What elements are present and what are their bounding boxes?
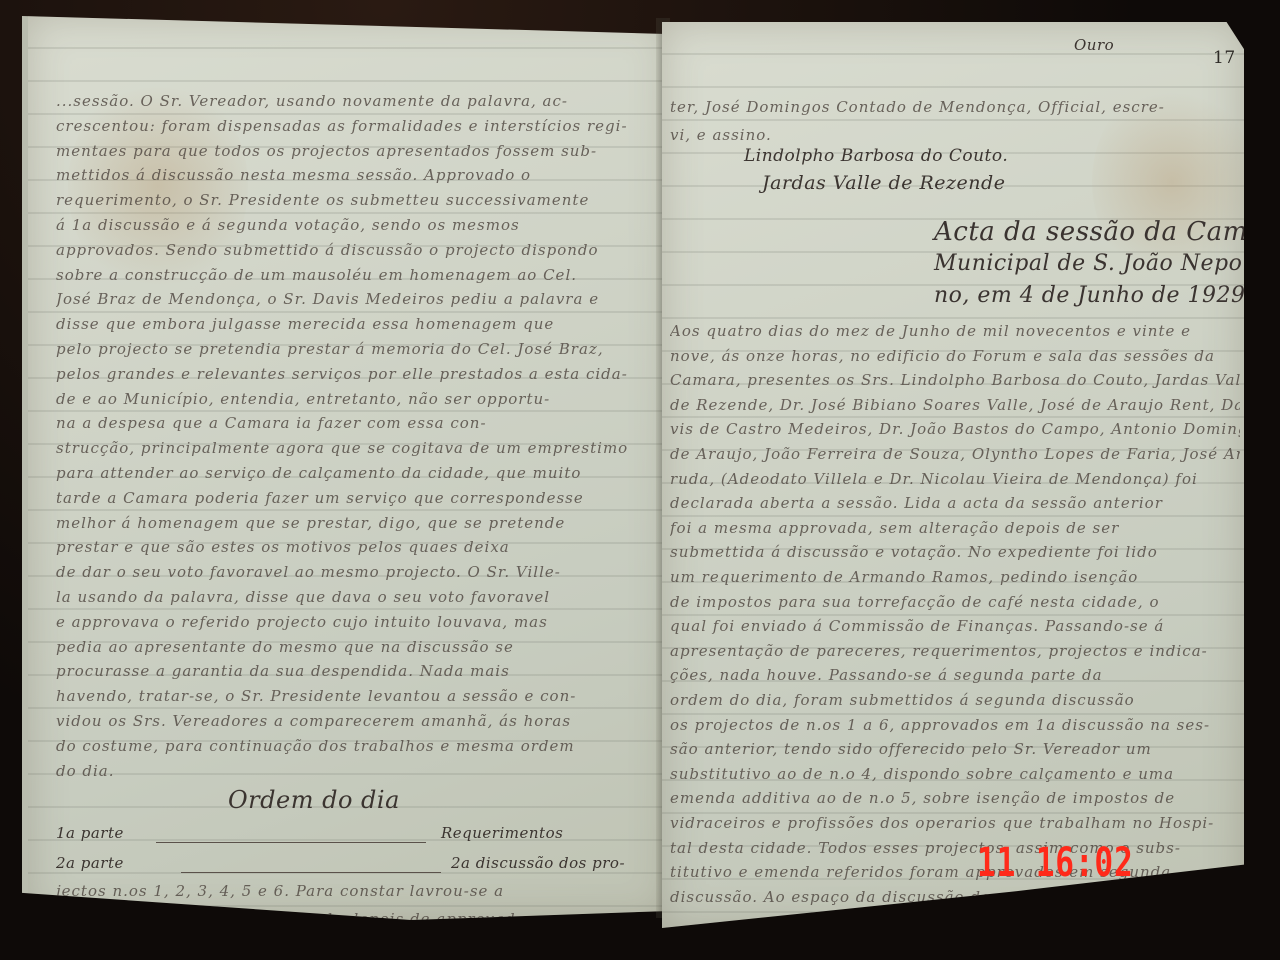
- minutes-title: Acta da sessão da Camara Municipal de S.…: [934, 216, 1244, 312]
- handwritten-line: são anterior, tendo sido offerecido pelo…: [670, 740, 1240, 758]
- handwritten-line: substitutivo ao de n.o 4, dispondo sobre…: [670, 765, 1240, 783]
- right-page: Ouro 17 ter, José Domingos Contado de Me…: [662, 22, 1244, 928]
- handwritten-line: de impostos para sua torrefacção de café…: [670, 593, 1240, 611]
- handwritten-line: la usando da palavra, disse que dava o s…: [56, 588, 656, 606]
- left-page: ...sessão. O Sr. Vereador, usando novame…: [22, 16, 670, 920]
- handwritten-line: José Braz de Mendonça, o Sr. Davis Medei…: [56, 290, 656, 308]
- handwritten-line: declarada aberta a sessão. Lida a acta d…: [670, 494, 1240, 512]
- agenda-rule: [181, 872, 441, 873]
- handwritten-line: procurasse a garantia da sua despendida.…: [56, 662, 656, 680]
- handwritten-line: tal desta cidade. Todos esses projectos,…: [670, 839, 1240, 857]
- handwritten-line: crescentou: foram dispensadas as formali…: [56, 117, 656, 135]
- handwritten-line: pelos grandes e relevantes serviços por …: [56, 365, 656, 383]
- camera-timestamp-overlay: 11 16:02: [977, 840, 1134, 886]
- handwritten-line: submettida á discussão e votação. No exp…: [670, 543, 1240, 561]
- handwritten-line: e approvava o referido projecto cujo int…: [56, 613, 656, 631]
- closing-line: vi, e assino.: [670, 126, 1230, 144]
- handwritten-line: ruda, (Adeodato Villela e Dr. Nicolau Vi…: [670, 470, 1240, 488]
- handwritten-line: ...sessão. O Sr. Vereador, usando novame…: [56, 92, 656, 110]
- signature: Jardas Valle de Rezende: [762, 172, 1005, 194]
- handwritten-line: vidraceiros e profissões dos operarios q…: [670, 814, 1240, 832]
- handwritten-line: tarde a Camara poderia fazer um serviço …: [56, 489, 656, 507]
- handwritten-line: pelo projecto se pretendia prestar á mem…: [56, 340, 656, 358]
- agenda-item-text: 2a discussão dos pro-: [451, 854, 625, 872]
- page-number: 17: [1213, 48, 1236, 68]
- agenda-part-label: 2a parte: [56, 854, 124, 872]
- handwritten-line: Camara, presentes os Srs. Lindolpho Barb…: [670, 371, 1240, 389]
- handwritten-line: do dia.: [56, 762, 656, 780]
- handwritten-line: havendo, tratar-se, o Sr. Presidente lev…: [56, 687, 656, 705]
- handwritten-line: mentaes para que todos os projectos apre…: [56, 142, 656, 160]
- handwritten-line: vidou os Srs. Vereadores a comparecerem …: [56, 712, 656, 730]
- handwritten-line: um requerimento de Armando Ramos, pedind…: [670, 568, 1240, 586]
- minutes-title-line: Acta da sessão da Camara: [934, 216, 1244, 248]
- trailing-line: jectos n.os 1, 2, 3, 4, 5 e 6. Para cons…: [56, 882, 670, 900]
- section-heading-ordem-do-dia: Ordem do dia: [228, 786, 400, 814]
- agenda-rule: [156, 842, 426, 843]
- header-note: Ouro: [1074, 36, 1114, 54]
- handwritten-line: foi a mesma approvada, sem alteração dep…: [670, 519, 1240, 537]
- handwritten-line: nove, ás onze horas, no edificio do Foru…: [670, 347, 1240, 365]
- handwritten-line: strucção, principalmente agora que se co…: [56, 439, 656, 457]
- agenda-item-text: Requerimentos: [441, 824, 563, 842]
- handwritten-line: requerimento, o Sr. Presidente os submet…: [56, 191, 656, 209]
- handwritten-line: de e ao Município, entendia, entretanto,…: [56, 390, 656, 408]
- trailing-line: presente acta que será assignada depois …: [56, 910, 670, 920]
- handwritten-line: para attender ao serviço de calçamento d…: [56, 464, 656, 482]
- handwritten-line: prestar e que são estes os motivos pelos…: [56, 538, 656, 556]
- handwritten-line: ordem do dia, foram submettidos á segund…: [670, 691, 1240, 709]
- handwritten-line: discussão. Ao espaço da discussão do pro…: [670, 888, 1240, 906]
- handwritten-line: melhor á homenagem que se prestar, digo,…: [56, 514, 656, 532]
- handwritten-line: os projectos de n.os 1 a 6, approvados e…: [670, 716, 1240, 734]
- signature: Lindolpho Barbosa do Couto.: [744, 146, 1008, 166]
- handwritten-line: Aos quatro dias do mez de Junho de mil n…: [670, 322, 1240, 340]
- agenda-part-label: 1a parte: [56, 824, 124, 842]
- handwritten-line: disse que embora julgasse merecida essa …: [56, 315, 656, 333]
- handwritten-line: de dar o seu voto favoravel ao mesmo pro…: [56, 563, 656, 581]
- handwritten-line: emenda additiva ao de n.o 5, sobre isenç…: [670, 789, 1240, 807]
- handwritten-line: sobre a construcção de um mausoléu em ho…: [56, 266, 656, 284]
- handwritten-line: approvados. Sendo submettido á discussão…: [56, 241, 656, 259]
- handwritten-line: vis de Castro Medeiros, Dr. João Bastos …: [670, 420, 1240, 438]
- handwritten-line: do costume, para continuação dos trabalh…: [56, 737, 656, 755]
- agenda-item: 1a parte Requerimentos: [56, 824, 656, 854]
- handwritten-line: na a despesa que a Camara ia fazer com e…: [56, 414, 656, 432]
- handwritten-line: de Araujo, João Ferreira de Souza, Olynt…: [670, 445, 1240, 463]
- agenda-item: 2a parte 2a discussão dos pro-: [56, 854, 656, 884]
- minutes-title-line: no, em 4 de Junho de 1929.: [934, 280, 1244, 312]
- handwritten-line: apresentação de pareceres, requerimentos…: [670, 642, 1240, 660]
- handwritten-line: titutivo e emenda referidos foram approv…: [670, 863, 1240, 881]
- minutes-title-line: Municipal de S. João Nepomuce-: [934, 248, 1244, 280]
- handwritten-line: qual foi enviado á Commissão de Finanças…: [670, 617, 1240, 635]
- handwritten-line: mettidos á discussão nesta mesma sessão.…: [56, 166, 656, 184]
- handwritten-line: pedia ao apresentante do mesmo que na di…: [56, 638, 656, 656]
- handwritten-line: á 1a discussão e á segunda votação, send…: [56, 216, 656, 234]
- handwritten-line: de Rezende, Dr. José Bibiano Soares Vall…: [670, 396, 1240, 414]
- photo-background: ...sessão. O Sr. Vereador, usando novame…: [0, 0, 1280, 960]
- closing-line: ter, José Domingos Contado de Mendonça, …: [670, 98, 1230, 116]
- handwritten-line: ções, nada houve. Passando-se á segunda …: [670, 666, 1240, 684]
